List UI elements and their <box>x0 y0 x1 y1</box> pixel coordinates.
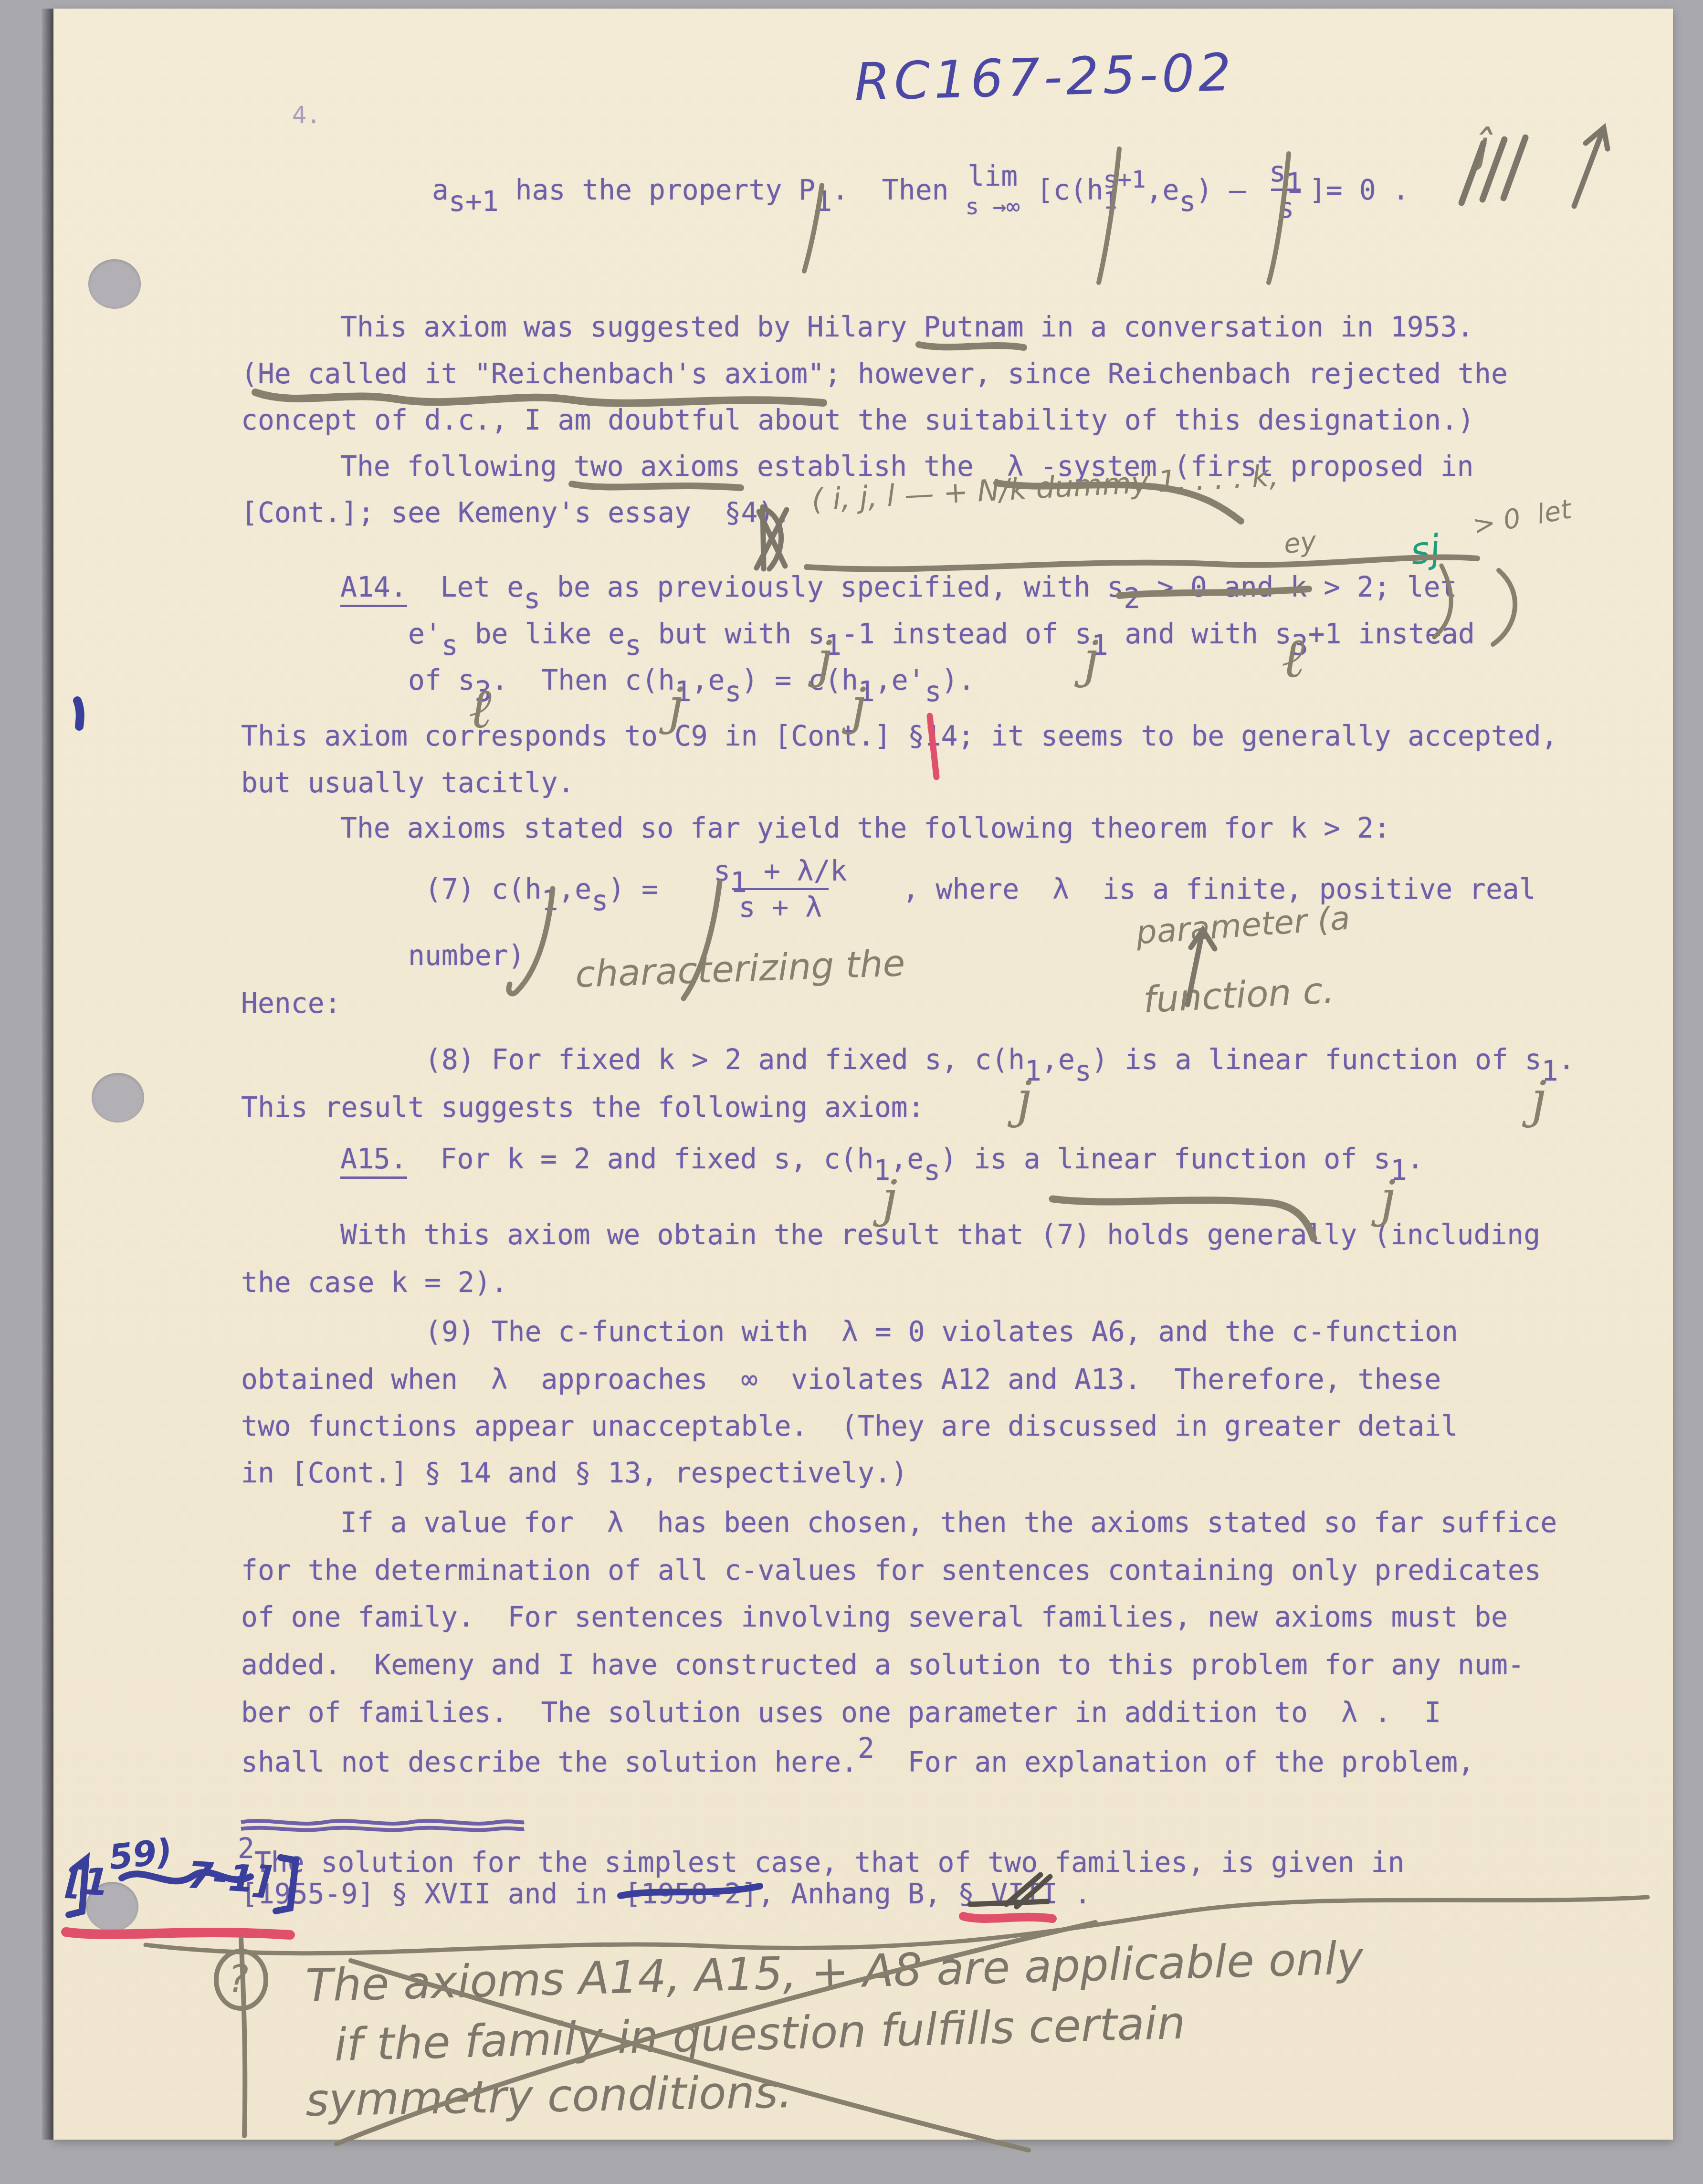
text-segment: , where λ is a finite, positive real <box>886 875 1536 904</box>
pencil-j-correction: j <box>817 635 833 685</box>
subscript: s+1 <box>449 187 499 216</box>
green-ink-sj-correction: sj <box>1408 527 1443 574</box>
typed-line: but usually tacitly. <box>241 768 574 798</box>
text-segment: be as previously specified, with s <box>540 571 1124 603</box>
footnote-line-2: [1955-9] § XVII and in [1958-2], Anhang … <box>241 1879 1091 1909</box>
subscript: s <box>524 582 540 615</box>
typed-line: in [Cont.] § 14 and § 13, respectively.) <box>241 1459 908 1488</box>
text-segment: of s <box>408 664 475 696</box>
page-left-edge-shadow <box>42 9 53 2140</box>
text-segment: . Then <box>832 176 965 205</box>
typed-line: obtained when λ approaches ∞ violates A1… <box>241 1365 1441 1394</box>
typed-line-a14: A14. Let es be as previously specified, … <box>340 573 1457 602</box>
typed-line-8: (8) For fixed k > 2 and fixed s, c(h1,es… <box>425 1045 1575 1074</box>
text-segment: ) = <box>608 875 675 904</box>
subscript: 1 <box>1286 167 1303 199</box>
text-segment: . Then c(h <box>492 664 675 696</box>
margin-blue-scribble-3: 7-1] <box>186 1854 273 1902</box>
subscript: s <box>1179 187 1196 216</box>
typed-line: concept of d.c., I am doubtful about the… <box>241 406 1474 435</box>
fraction: s1 + λ/ks + λ <box>678 857 883 922</box>
subscript: s <box>1075 1055 1092 1087</box>
top-right-j-annotation: ĵ <box>1477 122 1489 172</box>
typed-line: This axiom was suggested by Hilary Putna… <box>340 313 1474 342</box>
subscript: s <box>725 675 741 708</box>
pencil-j-correction: j <box>851 682 867 732</box>
text-segment: s <box>1269 156 1286 188</box>
typed-line: (He called it "Reichenbach's axiom"; how… <box>241 359 1508 388</box>
hole-punch-top <box>88 259 141 309</box>
text-segment: ) is a linear function of s <box>1092 1043 1542 1076</box>
typed-line: of one family. For sentences involving s… <box>241 1603 1508 1632</box>
text-segment: ,e' <box>875 664 925 696</box>
typed-line: e's be like es but with s1-1 instead of … <box>408 619 1475 649</box>
subscript: 2 <box>1124 582 1140 615</box>
typed-line: The following two axioms establish the λ… <box>340 452 1474 481</box>
pencil-j-correction: j <box>1083 635 1099 685</box>
text-segment: ) = c(h <box>741 664 858 696</box>
text-segment: + λ/k <box>747 855 847 887</box>
text-segment: A14. <box>340 571 407 607</box>
typed-line: the case k = 2). <box>241 1268 508 1297</box>
pencil-j-correction: j <box>1017 1075 1032 1125</box>
text-segment: be like e <box>458 618 625 650</box>
text-segment: . <box>1558 1043 1575 1076</box>
limit-block: lims →∞ <box>965 162 1020 219</box>
text-segment: > 0 and k > 2; let <box>1140 571 1457 603</box>
circled-question-mark: ? <box>228 1957 248 2001</box>
archive-code-handwritten: RC167-25-02 <box>854 43 1236 113</box>
text-segment: and with s <box>1108 618 1292 650</box>
sup-sub-stack: s+11 <box>1104 169 1146 211</box>
pencil-j-correction: j <box>882 1174 898 1224</box>
a14-pencil-annotation-2: ey <box>1283 526 1318 560</box>
typed-line: Hence: <box>241 989 341 1018</box>
scanned-page: 4. RC167-25-02 as+1 has the property P1.… <box>0 0 1703 2184</box>
text-segment: ,e <box>692 664 725 696</box>
text-segment: [c(h <box>1020 176 1104 205</box>
typed-line: The axioms stated so far yield the follo… <box>340 814 1390 843</box>
subscript: 1 <box>730 866 747 899</box>
text-segment: For an explanation of the problem, <box>874 1746 1474 1778</box>
text-segment: but with s <box>641 618 825 650</box>
typed-line: added. Kemeny and I have constructed a s… <box>241 1650 1524 1680</box>
typed-line-a15: A15. For k = 2 and fixed s, c(h1,es) is … <box>340 1144 1424 1174</box>
text-segment: e' <box>408 618 442 650</box>
text-segment: A15. <box>340 1143 407 1179</box>
typed-line: of s3. Then c(h1,es) = c(h1,e's). <box>408 666 975 695</box>
text-segment: . <box>1407 1143 1424 1175</box>
text-segment: +1 instead <box>1308 618 1475 650</box>
pencil-ell-correction: ℓ <box>469 682 492 736</box>
typed-line: shall not describe the solution here.2 F… <box>241 1748 1474 1777</box>
footnote-line-1: 2The solution for the simplest case, tha… <box>238 1848 1404 1877</box>
text-segment: s <box>714 855 730 887</box>
superscript: 2 <box>858 1732 874 1764</box>
typed-line: two functions appear unacceptable. (They… <box>241 1412 1458 1441</box>
typed-formula-7: (7) c(h1,es) = s1 + λ/ks + λ , where λ i… <box>425 857 1536 922</box>
typed-line: [Cont.]; see Kemeny's essay §4). <box>241 498 791 527</box>
text-segment: has the property P <box>499 176 815 205</box>
text-segment: shall not describe the solution here. <box>241 1746 858 1778</box>
pencil-j-correction: j <box>1380 1174 1396 1224</box>
text-segment: Let e <box>407 571 524 603</box>
page-number: 4. <box>292 103 321 128</box>
subscript: 1 <box>541 886 558 915</box>
typed-line: for the determination of all c-values fo… <box>241 1556 1541 1585</box>
typed-line-9: (9) The c-function with λ = 0 violates A… <box>425 1317 1458 1346</box>
margin-blue-scribble-2: [1 <box>65 1859 110 1905</box>
text-segment: -1 instead of s <box>841 618 1092 650</box>
text-segment: ) — <box>1196 176 1262 205</box>
text-segment: ,e <box>1041 1043 1075 1076</box>
subscript: s <box>442 629 458 661</box>
subscript: s <box>925 675 942 708</box>
text-segment: a <box>432 176 449 205</box>
text-segment: s + λ <box>739 891 822 924</box>
text-segment: For k = 2 and fixed s, c(h <box>407 1143 874 1175</box>
fraction: s1s <box>1265 157 1306 223</box>
subscript: s <box>591 886 608 915</box>
subscript: s <box>924 1154 940 1186</box>
text-segment: (8) For fixed k > 2 and fixed s, c(h <box>425 1043 1025 1076</box>
bottom-note-line-3: symmetry conditions. <box>305 2066 793 2127</box>
subscript: 1 <box>815 187 832 216</box>
text-segment: ]= 0 . <box>1309 176 1409 205</box>
text-segment: (7) c(h <box>425 875 541 904</box>
subscript: s <box>625 629 641 661</box>
text-segment: ,e <box>1146 176 1179 205</box>
pencil-j-correction: j <box>1531 1075 1547 1125</box>
typed-line: ber of families. The solution uses one p… <box>241 1698 1441 1727</box>
pencil-ell-correction: ℓ <box>1282 631 1304 686</box>
pencil-j-correction: j <box>668 682 684 732</box>
typed-line: number) <box>408 941 525 970</box>
typed-limit-formula: as+1 has the property P1. Then lims →∞ [… <box>432 157 1409 223</box>
margin-blue-scribble-1: 59) <box>107 1831 174 1877</box>
typed-line: This axiom corresponds to C9 in [Cont.] … <box>241 722 1558 751</box>
typed-line: If a value for λ has been chosen, then t… <box>340 1508 1557 1537</box>
text-segment: ). <box>941 664 975 696</box>
typed-line: With this axiom we obtain the result tha… <box>340 1220 1540 1249</box>
hole-punch-middle <box>92 1073 144 1123</box>
text-segment: The solution for the simplest case, that… <box>254 1846 1404 1879</box>
typed-line: This result suggests the following axiom… <box>241 1093 925 1122</box>
text-segment: ,e <box>558 875 591 904</box>
text-segment: ) is a linear function of s <box>940 1143 1390 1175</box>
